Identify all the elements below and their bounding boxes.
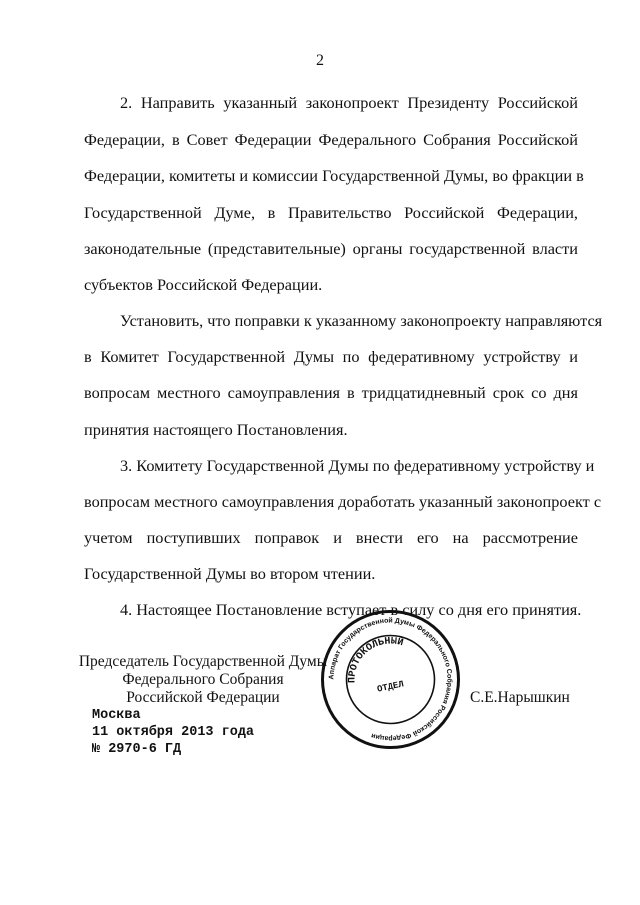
city: Москва xyxy=(92,707,141,725)
text-line: Федерации, в Совет Федерации Федеральног… xyxy=(84,130,578,150)
signatory-name: С.Е.Нарышкин xyxy=(470,688,570,708)
document-number: № 2970-6 ГД xyxy=(92,741,181,759)
text-line: Федерации, комитеты и комиссии Государст… xyxy=(84,166,578,186)
page-number: 2 xyxy=(0,52,640,70)
signatory-title-line-2: Федерального Собрания xyxy=(58,670,348,690)
signatory-title-line-3: Российской Федерации xyxy=(58,688,348,708)
text-line: вопросам местного самоуправления в тридц… xyxy=(84,383,578,403)
signatory-title-line-1: Председатель Государственной Думы xyxy=(58,652,348,672)
text-line: Установить, что поправки к указанному за… xyxy=(120,311,578,331)
text-line: вопросам местного самоуправления доработ… xyxy=(84,492,578,512)
text-line: в Комитет Государственной Думы по федера… xyxy=(84,347,578,367)
text-line: субъектов Российской Федерации. xyxy=(84,275,578,295)
text-line: принятия настоящего Постановления. xyxy=(84,420,578,440)
text-line: Государственной Думы во втором чтении. xyxy=(84,564,578,584)
text-line: 2. Направить указанный законопроект През… xyxy=(120,93,578,113)
text-line: Государственной Думе, в Правительство Ро… xyxy=(84,203,578,223)
official-stamp-icon: Аппарат Государственной Думы Федеральног… xyxy=(318,607,463,752)
text-line: 3. Комитету Государственной Думы по феде… xyxy=(120,456,578,476)
text-line: законодательные (представительные) орган… xyxy=(84,239,578,259)
date: 11 октября 2013 года xyxy=(92,724,254,742)
stamp-center-bottom: ОТДЕЛ xyxy=(376,679,405,694)
text-line: учетом поступивших поправок и внести его… xyxy=(84,528,578,548)
